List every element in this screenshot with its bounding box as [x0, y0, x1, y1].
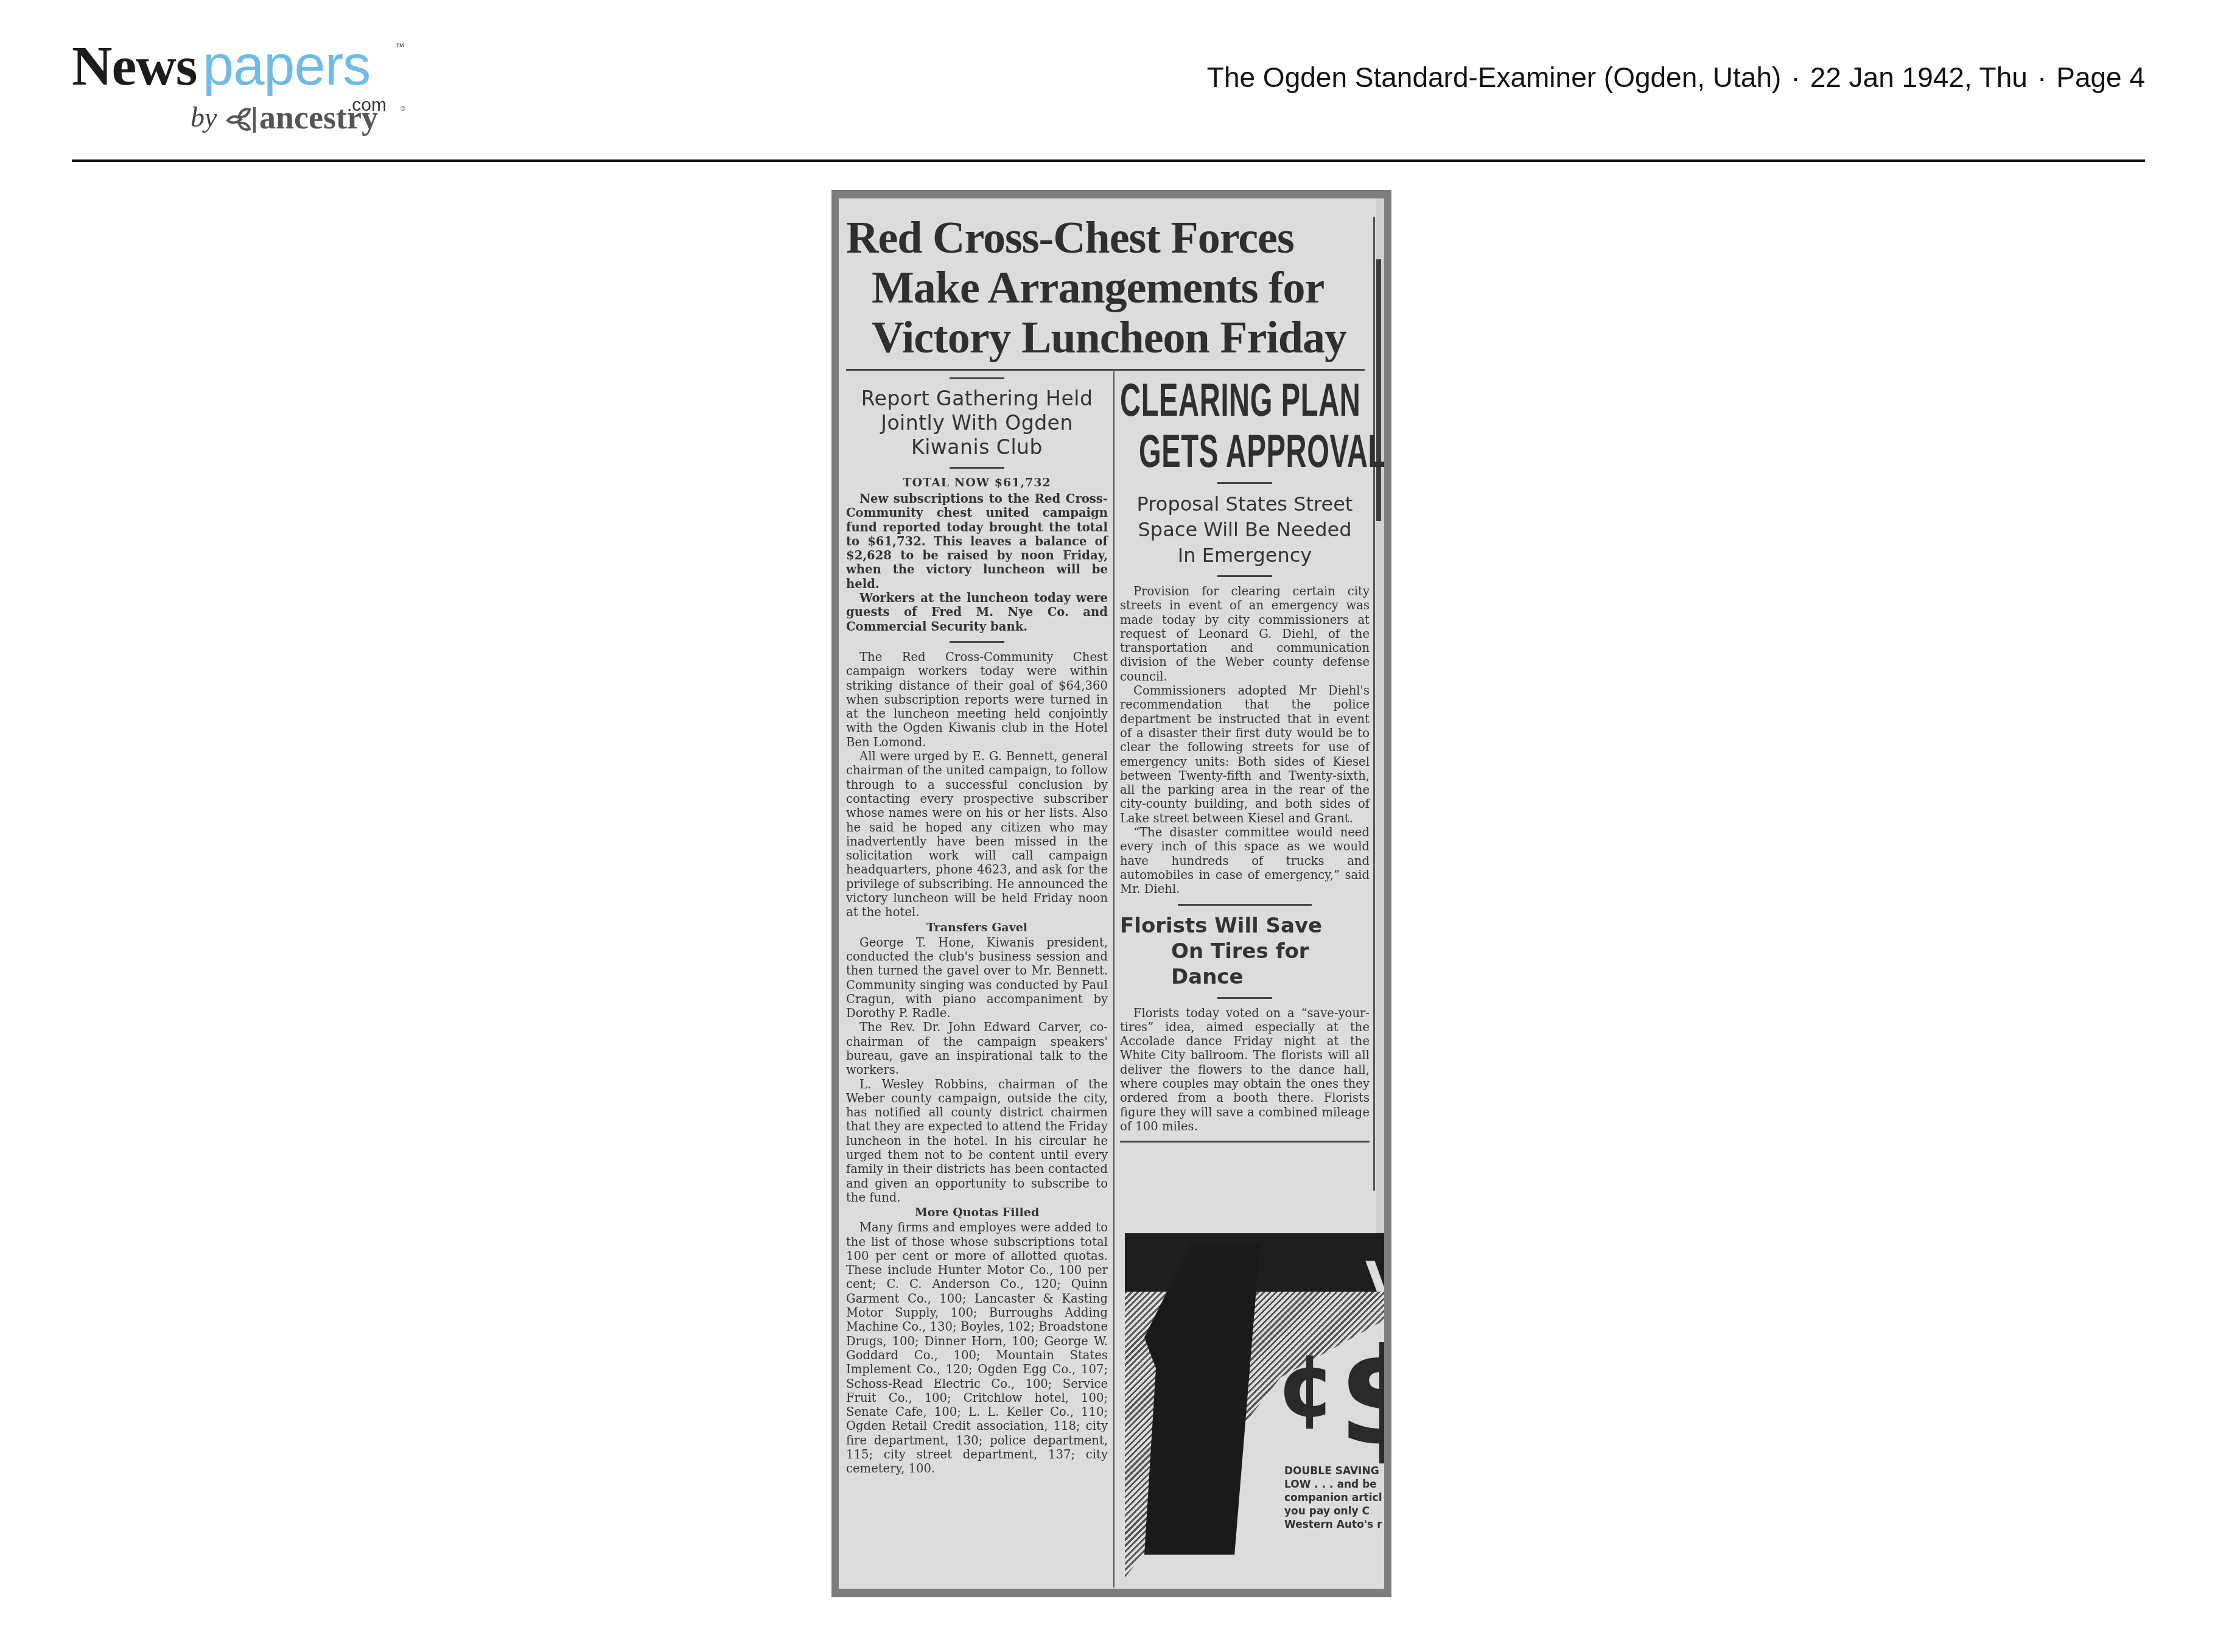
logo-papers-wordmark: papers	[203, 38, 370, 94]
publication-name: The Ogden Standard-Examiner (Ogden, Utah…	[1207, 61, 1782, 93]
ancestry-leaf-icon	[225, 105, 257, 134]
article-body: The Red Cross-Community Chest campaign w…	[846, 650, 1108, 920]
clearing-plan-deck: Proposal States Street Space Will Be Nee…	[1120, 491, 1370, 568]
crosshead-transfers-gavel: Transfers Gavel	[846, 921, 1108, 934]
deck-rule	[1217, 997, 1272, 999]
page-number: Page 4	[2056, 61, 2145, 93]
newspaper-clipping: Red Cross-Chest Forces Make Arrangements…	[839, 198, 1384, 1589]
logo-by: by	[191, 101, 217, 133]
main-headline: Red Cross-Chest Forces Make Arrangements…	[846, 213, 1363, 363]
ad-copy: DOUBLE SAVING LOW . . . and be companion…	[1284, 1465, 1382, 1531]
total-subhead: TOTAL NOW $61,732	[846, 476, 1108, 489]
left-article: Report Gathering Held Jointly With Ogden…	[846, 375, 1108, 1476]
deck-rule	[950, 467, 1004, 469]
logo-ancestry-wordmark: ancestry	[259, 99, 378, 136]
clipping-citation: The Ogden Standard-Examiner (Ogden, Utah…	[1207, 61, 2145, 94]
publication-date: 22 Jan 1942, Thu	[1810, 61, 2028, 93]
logo-trademark: ™	[396, 41, 404, 51]
headline-rule	[846, 369, 1365, 371]
crosshead-more-quotas: More Quotas Filled	[846, 1206, 1108, 1219]
logo-news-wordmark: News	[72, 38, 197, 94]
logo-registered: ®	[401, 106, 405, 113]
column-divider-right	[1373, 217, 1375, 1191]
florists-body: Florists today voted on a “save-your-tir…	[1120, 1006, 1370, 1134]
adjacent-column-bar	[1376, 259, 1381, 521]
column-divider	[1113, 370, 1114, 1587]
separator: ·	[1791, 61, 1800, 93]
florists-headline: Florists Will Save On Tires for Dance	[1120, 913, 1370, 990]
western-auto-advertisement: V ¢ $ DOUBLE SAVING LOW . . . and be com…	[1125, 1233, 1384, 1589]
article-section-3: Many firms and employes were added to th…	[846, 1220, 1108, 1475]
newspapers-logo[interactable]: News papers ™ .com by ancestry ®	[72, 38, 413, 141]
deck-rule	[950, 377, 1004, 379]
separator: ·	[2037, 61, 2046, 93]
deck-rule	[1217, 575, 1272, 577]
right-column: CLEARING PLAN GETS APPROVAL Proposal Sta…	[1120, 375, 1370, 1150]
dollar-sign-icon: $	[1338, 1331, 1384, 1465]
article-section-2: George T. Hone, Kiwanis president, condu…	[846, 936, 1108, 1205]
deck-rule	[1217, 482, 1272, 484]
clearing-plan-headline: CLEARING PLAN GETS APPROVAL	[1120, 375, 1275, 477]
section-rule	[950, 641, 1004, 643]
clearing-plan-body: Provision for clearing certain city stre…	[1120, 584, 1370, 897]
lead-text: New subscriptions to the Red Cross-Commu…	[846, 492, 1108, 634]
cent-sign-icon: ¢	[1277, 1337, 1336, 1436]
article-end-rule	[1120, 1141, 1370, 1143]
left-article-deck: Report Gathering Held Jointly With Ogden…	[846, 387, 1108, 460]
header-divider	[72, 159, 2145, 162]
article-end-rule	[1178, 904, 1312, 906]
